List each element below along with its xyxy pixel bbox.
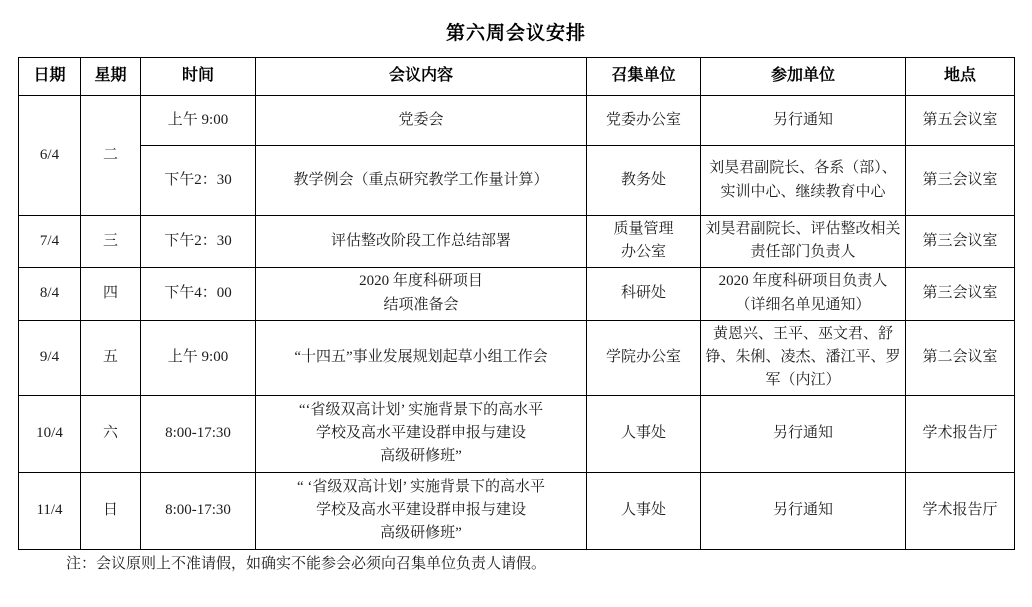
cell-convener: 党委办公室 — [587, 96, 701, 146]
cell-participants: 另行通知 — [701, 96, 906, 146]
cell-location: 第三会议室 — [906, 216, 1015, 268]
cell-content: “十四五”事业发展规划起草小组工作会 — [256, 320, 587, 395]
table-row: 9/4 五 上午 9:00 “十四五”事业发展规划起草小组工作会 学院办公室 黄… — [19, 320, 1015, 395]
cell-time: 上午 9:00 — [141, 320, 256, 395]
cell-participants: 另行通知 — [701, 395, 906, 472]
cell-convener: 人事处 — [587, 395, 701, 472]
cell-location: 第五会议室 — [906, 96, 1015, 146]
cell-weekday: 三 — [81, 216, 141, 268]
cell-weekday: 六 — [81, 395, 141, 472]
cell-date: 10/4 — [19, 395, 81, 472]
cell-convener: 质量管理 办公室 — [587, 216, 701, 268]
cell-participants: 另行通知 — [701, 472, 906, 549]
cell-weekday: 日 — [81, 472, 141, 549]
header-date: 日期 — [19, 58, 81, 96]
header-time: 时间 — [141, 58, 256, 96]
cell-participants: 刘昊君副院长、各系（部）、实训中心、继续教育中心 — [701, 146, 906, 216]
cell-date: 6/4 — [19, 96, 81, 216]
header-content: 会议内容 — [256, 58, 587, 96]
cell-time: 下午2：30 — [141, 146, 256, 216]
table-row: 6/4 二 上午 9:00 党委会 党委办公室 另行通知 第五会议室 — [19, 96, 1015, 146]
cell-weekday: 五 — [81, 320, 141, 395]
meeting-schedule-table: 日期 星期 时间 会议内容 召集单位 参加单位 地点 6/4 二 上午 9:00… — [18, 57, 1015, 550]
cell-convener: 学院办公室 — [587, 320, 701, 395]
cell-weekday: 二 — [81, 96, 141, 216]
header-participants: 参加单位 — [701, 58, 906, 96]
cell-time: 下午2：30 — [141, 216, 256, 268]
cell-content: 评估整改阶段工作总结部署 — [256, 216, 587, 268]
cell-date: 9/4 — [19, 320, 81, 395]
cell-location: 学术报告厅 — [906, 472, 1015, 549]
cell-location: 第二会议室 — [906, 320, 1015, 395]
table-row: 10/4 六 8:00-17:30 “‘省级双高计划’ 实施背景下的高水平 学校… — [19, 395, 1015, 472]
cell-participants: 刘昊君副院长、评估整改相关责任部门负责人 — [701, 216, 906, 268]
header-weekday: 星期 — [81, 58, 141, 96]
header-location: 地点 — [906, 58, 1015, 96]
cell-location: 第三会议室 — [906, 267, 1015, 320]
cell-location: 第三会议室 — [906, 146, 1015, 216]
cell-weekday: 四 — [81, 267, 141, 320]
cell-participants: 2020 年度科研项目负责人（详细名单见通知） — [701, 267, 906, 320]
cell-time: 8:00-17:30 — [141, 395, 256, 472]
cell-time: 上午 9:00 — [141, 96, 256, 146]
table-row: 11/4 日 8:00-17:30 “ ‘省级双高计划’ 实施背景下的高水平 学… — [19, 472, 1015, 549]
document-page: 第六周会议安排 日期 星期 时间 会议内容 召集单位 参加单位 地点 6/4 二… — [0, 0, 1032, 607]
cell-time: 8:00-17:30 — [141, 472, 256, 549]
header-convener: 召集单位 — [587, 58, 701, 96]
table-row: 下午2：30 教学例会（重点研究教学工作量计算） 教务处 刘昊君副院长、各系（部… — [19, 146, 1015, 216]
cell-convener: 科研处 — [587, 267, 701, 320]
table-row: 8/4 四 下午4：00 2020 年度科研项目 结项准备会 科研处 2020 … — [19, 267, 1015, 320]
cell-time: 下午4：00 — [141, 267, 256, 320]
cell-content: “‘省级双高计划’ 实施背景下的高水平 学校及高水平建设群申报与建设 高级研修班… — [256, 395, 587, 472]
cell-date: 11/4 — [19, 472, 81, 549]
cell-content: 教学例会（重点研究教学工作量计算） — [256, 146, 587, 216]
cell-content: “ ‘省级双高计划’ 实施背景下的高水平 学校及高水平建设群申报与建设 高级研修… — [256, 472, 587, 549]
cell-date: 7/4 — [19, 216, 81, 268]
cell-participants: 黄恩兴、王平、巫文君、舒铮、朱俐、凌杰、潘江平、罗军（内江） — [701, 320, 906, 395]
cell-content: 2020 年度科研项目 结项准备会 — [256, 267, 587, 320]
table-header-row: 日期 星期 时间 会议内容 召集单位 参加单位 地点 — [19, 58, 1015, 96]
cell-content: 党委会 — [256, 96, 587, 146]
cell-location: 学术报告厅 — [906, 395, 1015, 472]
table-row: 7/4 三 下午2：30 评估整改阶段工作总结部署 质量管理 办公室 刘昊君副院… — [19, 216, 1015, 268]
footnote: 注：会议原则上不准请假，如确实不能参会必须向召集单位负责人请假。 — [66, 552, 546, 573]
page-title: 第六周会议安排 — [0, 18, 1032, 45]
cell-convener: 教务处 — [587, 146, 701, 216]
cell-convener: 人事处 — [587, 472, 701, 549]
cell-date: 8/4 — [19, 267, 81, 320]
